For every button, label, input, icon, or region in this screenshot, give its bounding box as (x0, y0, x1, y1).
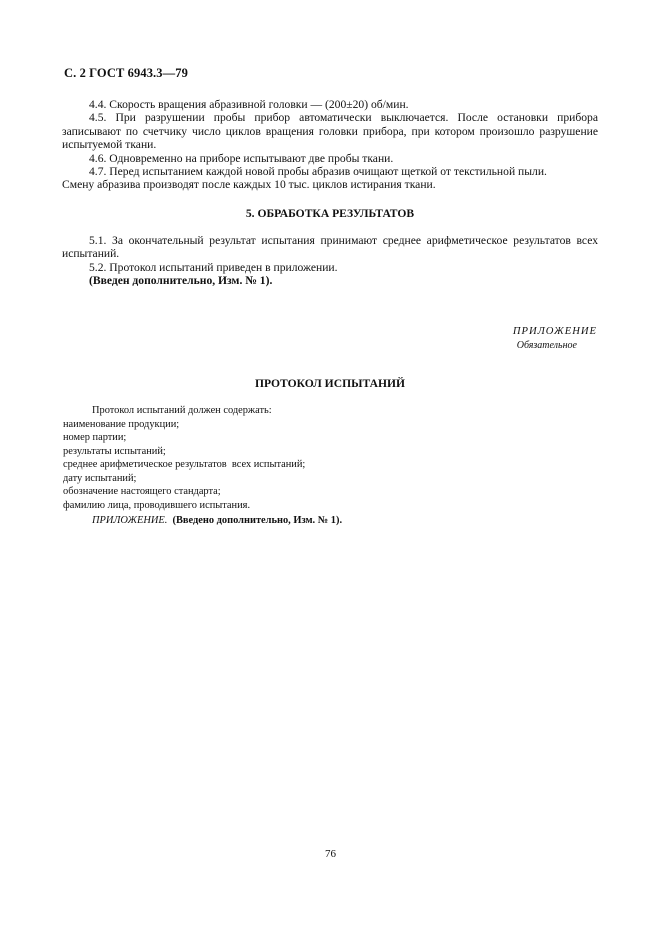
appendix-label-block: ПРИЛОЖЕНИЕ Обязательное (513, 325, 597, 353)
protocol-list: Протокол испытаний должен содержать: наи… (92, 404, 342, 528)
list-item: среднее арифметическое результатов всех … (63, 458, 342, 472)
appendix-note-label: ПРИЛОЖЕНИЕ. (92, 515, 167, 526)
list-item: обозначение настоящего стандарта; (63, 485, 342, 499)
page-header: С. 2 ГОСТ 6943.3—79 (64, 66, 188, 81)
appendix-label: ПРИЛОЖЕНИЕ (513, 325, 597, 339)
document-page: С. 2 ГОСТ 6943.3—79 4.4. Скорость вращен… (0, 0, 661, 936)
amendment-note: (Введен дополнительно, Изм. № 1). (62, 274, 598, 287)
list-item: наименование продукции; (63, 418, 342, 432)
paragraph-5-1: 5.1. За окончательный результат испытани… (62, 234, 598, 261)
list-item: дату испытаний; (63, 472, 342, 486)
paragraph-4-6: 4.6. Одновременно на приборе испытывают … (62, 152, 598, 165)
list-item: номер партии; (63, 431, 342, 445)
list-item: фамилию лица, проводившего испытания. (63, 499, 342, 513)
section-4-text: 4.4. Скорость вращения абразивной головк… (62, 98, 598, 192)
appendix-status: Обязательное (513, 339, 577, 353)
list-item: Протокол испытаний должен содержать: (92, 404, 342, 418)
paragraph-5-2: 5.2. Протокол испытаний приведен в прило… (62, 261, 598, 274)
list-item: результаты испытаний; (63, 445, 342, 459)
paragraph-4-4: 4.4. Скорость вращения абразивной головк… (62, 98, 598, 111)
page-number: 76 (0, 848, 661, 860)
section-5-title: 5. ОБРАБОТКА РЕЗУЛЬТАТОВ (62, 207, 598, 220)
paragraph-4-7: 4.7. Перед испытанием каждой новой пробы… (62, 165, 598, 178)
paragraph-4-5: 4.5. При разрушении пробы прибор автомат… (62, 111, 598, 151)
appendix-title: ПРОТОКОЛ ИСПЫТАНИЙ (62, 377, 598, 390)
paragraph-4-7-cont: Смену абразива производят после каждых 1… (62, 178, 598, 191)
appendix-note: ПРИЛОЖЕНИЕ. (Введено дополнительно, Изм.… (92, 514, 342, 528)
section-5-text: 5.1. За окончательный результат испытани… (62, 234, 598, 288)
appendix-note-text: (Введено дополнительно, Изм. № 1). (173, 515, 343, 526)
